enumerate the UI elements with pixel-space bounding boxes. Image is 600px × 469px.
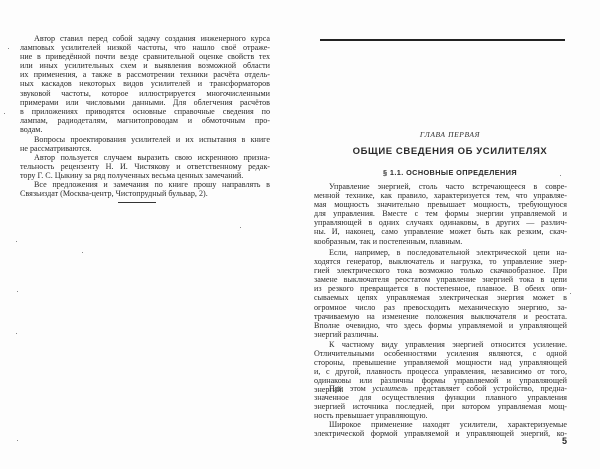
text-line: мая мощность значительно превышает мощно…: [314, 200, 567, 209]
text-line: При этом усилитель представляет собой ус…: [314, 384, 567, 393]
text-line: гией электрического тока возможно только…: [314, 266, 567, 275]
page-number: 5: [562, 436, 567, 446]
text-line: энергий различны.: [314, 330, 567, 339]
text-line: Управление энергией, столь часто встреча…: [314, 182, 567, 191]
text-line: замене выключателя реостатом управление …: [314, 275, 567, 284]
text-line: звуковой частоты, которое иллюстрируется…: [20, 89, 270, 98]
text-line: Связьиздат (Москва-центр, Чистопрудный б…: [20, 189, 270, 198]
text-line: для управления. Вместе с тем формы энерг…: [314, 209, 567, 218]
text-line: сываемых цепях управляемая электрическая…: [314, 293, 567, 302]
text-line: ламповых усилителей низкой частоты, что …: [20, 43, 270, 52]
end-rule: [118, 202, 156, 203]
text-line: не рассматриваются.: [20, 144, 270, 153]
text-line: огромное число раз превосходить механиче…: [314, 303, 567, 312]
text-line: Автор ставил перед собой задачу создания…: [20, 34, 270, 43]
text-line: значенное для осуществления функции плав…: [314, 393, 567, 402]
text-line: стороны, превышение управляемой мощности…: [314, 358, 567, 367]
text-line: менной технике, как правило, характеризу…: [314, 191, 567, 200]
text-line: кообразным, так и постепенным, плавным.: [314, 237, 567, 246]
text-line: ны. И, наконец, само управление может бы…: [314, 227, 567, 236]
text-line: Отличительными особенностями усиления яв…: [314, 349, 567, 358]
text-line: ность превышает управляющую.: [314, 411, 567, 420]
text-line: Все предложения и замечания по книге про…: [20, 180, 270, 189]
text-line: ходятся генератор, выключатель и нагрузк…: [314, 257, 567, 266]
body-paragraph-5: Широкое применение находят усилители, ха…: [314, 420, 567, 438]
right-page: Управление энергией, столь часто встреча…: [300, 0, 600, 469]
text-line: трачиваемую на изменение положения выклю…: [314, 312, 567, 321]
preface-paragraph-2: Вопросы проектирования усилителей и их и…: [20, 135, 270, 153]
text-line: К частному виду управления энергией отно…: [314, 340, 567, 349]
text-line: Вопросы проектирования усилителей и их и…: [20, 135, 270, 144]
preface-paragraph-4: Все предложения и замечания по книге про…: [20, 180, 270, 198]
text-line: или иных усилительных схем и выявления в…: [20, 61, 270, 70]
text-line: Автор пользуется случаем выразить свою и…: [20, 153, 270, 162]
text-line: Если, например, в последовательной элект…: [314, 248, 567, 257]
text-line: энергией источника последней, при которо…: [314, 402, 567, 411]
text-line: из резкого превращается в постепенное, п…: [314, 284, 567, 293]
text-line: электрической формой управляемой и управ…: [314, 429, 567, 438]
left-page: Автор ставил перед собой задачу создания…: [0, 0, 300, 469]
preface-paragraph-1: Автор ставил перед собой задачу создания…: [20, 34, 270, 134]
text-line: тельность рецензенту Н. И. Чистякову и о…: [20, 162, 270, 171]
body-paragraph-2: Если, например, в последовательной элект…: [314, 248, 567, 339]
body-paragraph-4: При этом усилитель представляет собой ус…: [314, 384, 567, 420]
defined-term: усилитель: [372, 384, 407, 393]
text-line: примерами или числовыми данными. Для обл…: [20, 98, 270, 107]
text-line: тору Г. С. Цыкину за ряд полученных весь…: [20, 171, 270, 180]
text-line: Широкое применение находят усилители, ха…: [314, 420, 567, 429]
text-line: их применения, а также в рассмотрении те…: [20, 70, 270, 79]
text-line: управляющей в одних случаях одинаковы, в…: [314, 218, 567, 227]
preface-paragraph-3: Автор пользуется случаем выразить свою и…: [20, 153, 270, 180]
text-line: ных каскадов некоторых видов усилителей …: [20, 79, 270, 88]
text-line: в приложениях приводятся основные справо…: [20, 107, 270, 116]
text-line: лампам, радиодеталям, магнитопроводам и …: [20, 116, 270, 125]
text-line: и, с другой, плавность процесса управлен…: [314, 367, 567, 376]
text-line: ние в приведённой почти везде сравнитель…: [20, 52, 270, 61]
text-line: Вполне очевидно, что здесь формы управля…: [314, 321, 567, 330]
text-line: водам.: [20, 125, 270, 134]
body-paragraph-1: Управление энергией, столь часто встреча…: [314, 182, 567, 246]
